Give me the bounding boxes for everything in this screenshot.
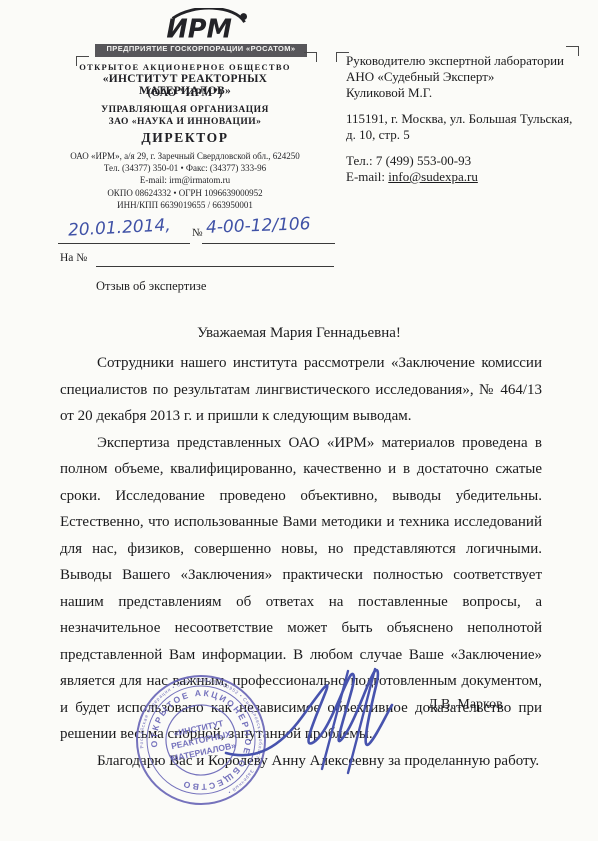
org-phone-fax: Тел. (34377) 350-01 • Факс: (34377) 333-…	[62, 163, 308, 173]
paragraph-1: Сотрудники нашего института рассмотрели …	[60, 350, 542, 430]
org-okpo-ogrn: ОКПО 08624332 • ОГРН 1096639000952	[62, 188, 308, 198]
handwritten-number: 4-00-12/106	[206, 214, 311, 238]
org-type: ОТКРЫТОЕ АКЦИОНЕРНОЕ ОБЩЕСТВО	[62, 62, 308, 72]
recipient-address-line1: 115191, г. Москва, ул. Большая Тульская,	[346, 111, 582, 127]
corner-mark-left-close	[304, 52, 317, 62]
recipient-email-label: E-mail:	[346, 169, 385, 184]
in-reply-to-underline	[96, 266, 334, 267]
recipient-email-row: E-mail: info@sudexpa.ru	[346, 169, 582, 185]
signature-scribble	[222, 665, 417, 780]
handwritten-date: 20.01.2014,	[68, 215, 172, 240]
org-email: E-mail: irm@irmatom.ru	[62, 175, 308, 185]
subject-line: Отзыв об экспертизе	[96, 279, 206, 294]
salutation: Уважаемая Мария Геннадьевна!	[0, 325, 598, 342]
recipient-person: Куликовой М.Г.	[346, 85, 582, 101]
managing-org-line1: УПРАВЛЯЮЩАЯ ОРГАНИЗАЦИЯ	[62, 105, 308, 115]
org-address: ОАО «ИРМ», а/я 29, г. Заречный Свердловс…	[62, 151, 308, 161]
logo-swoosh-dot	[240, 13, 247, 20]
recipient-position: Руководителю экспертной лаборатории	[346, 53, 582, 69]
irm-logo: ИРМ	[142, 8, 260, 44]
irm-logo-text: ИРМ	[166, 14, 232, 44]
date-underline	[58, 243, 190, 244]
org-short-name: (ОАО "ИРМ")	[62, 87, 308, 99]
managing-org-line2: ЗАО «НАУКА И ИННОВАЦИИ»	[62, 117, 308, 127]
recipient-phone: Тел.: 7 (499) 553-00-93	[346, 153, 582, 169]
in-reply-to-label: На №	[60, 252, 87, 264]
recipient-address-line2: д. 10, стр. 5	[346, 127, 582, 143]
recipient-block: Руководителю экспертной лаборатории АНО …	[346, 53, 582, 185]
recipient-email-address: info@sudexpa.ru	[388, 169, 478, 184]
recipient-org: АНО «Судебный Эксперт»	[346, 69, 582, 85]
letter-page: ИРМ ПРЕДПРИЯТИЕ ГОСКОРПОРАЦИИ «РОСАТОМ» …	[0, 0, 598, 841]
signer-name: Д.В. Марков	[428, 697, 503, 713]
rosatom-bar: ПРЕДПРИЯТИЕ ГОСКОРПОРАЦИИ «РОСАТОМ»	[95, 44, 307, 57]
position-title: ДИРЕКТОР	[62, 130, 308, 146]
number-sign: №	[192, 227, 203, 239]
org-inn-kpp: ИНН/КПП 6639019655 / 663950001	[62, 200, 308, 210]
number-underline	[202, 243, 335, 244]
